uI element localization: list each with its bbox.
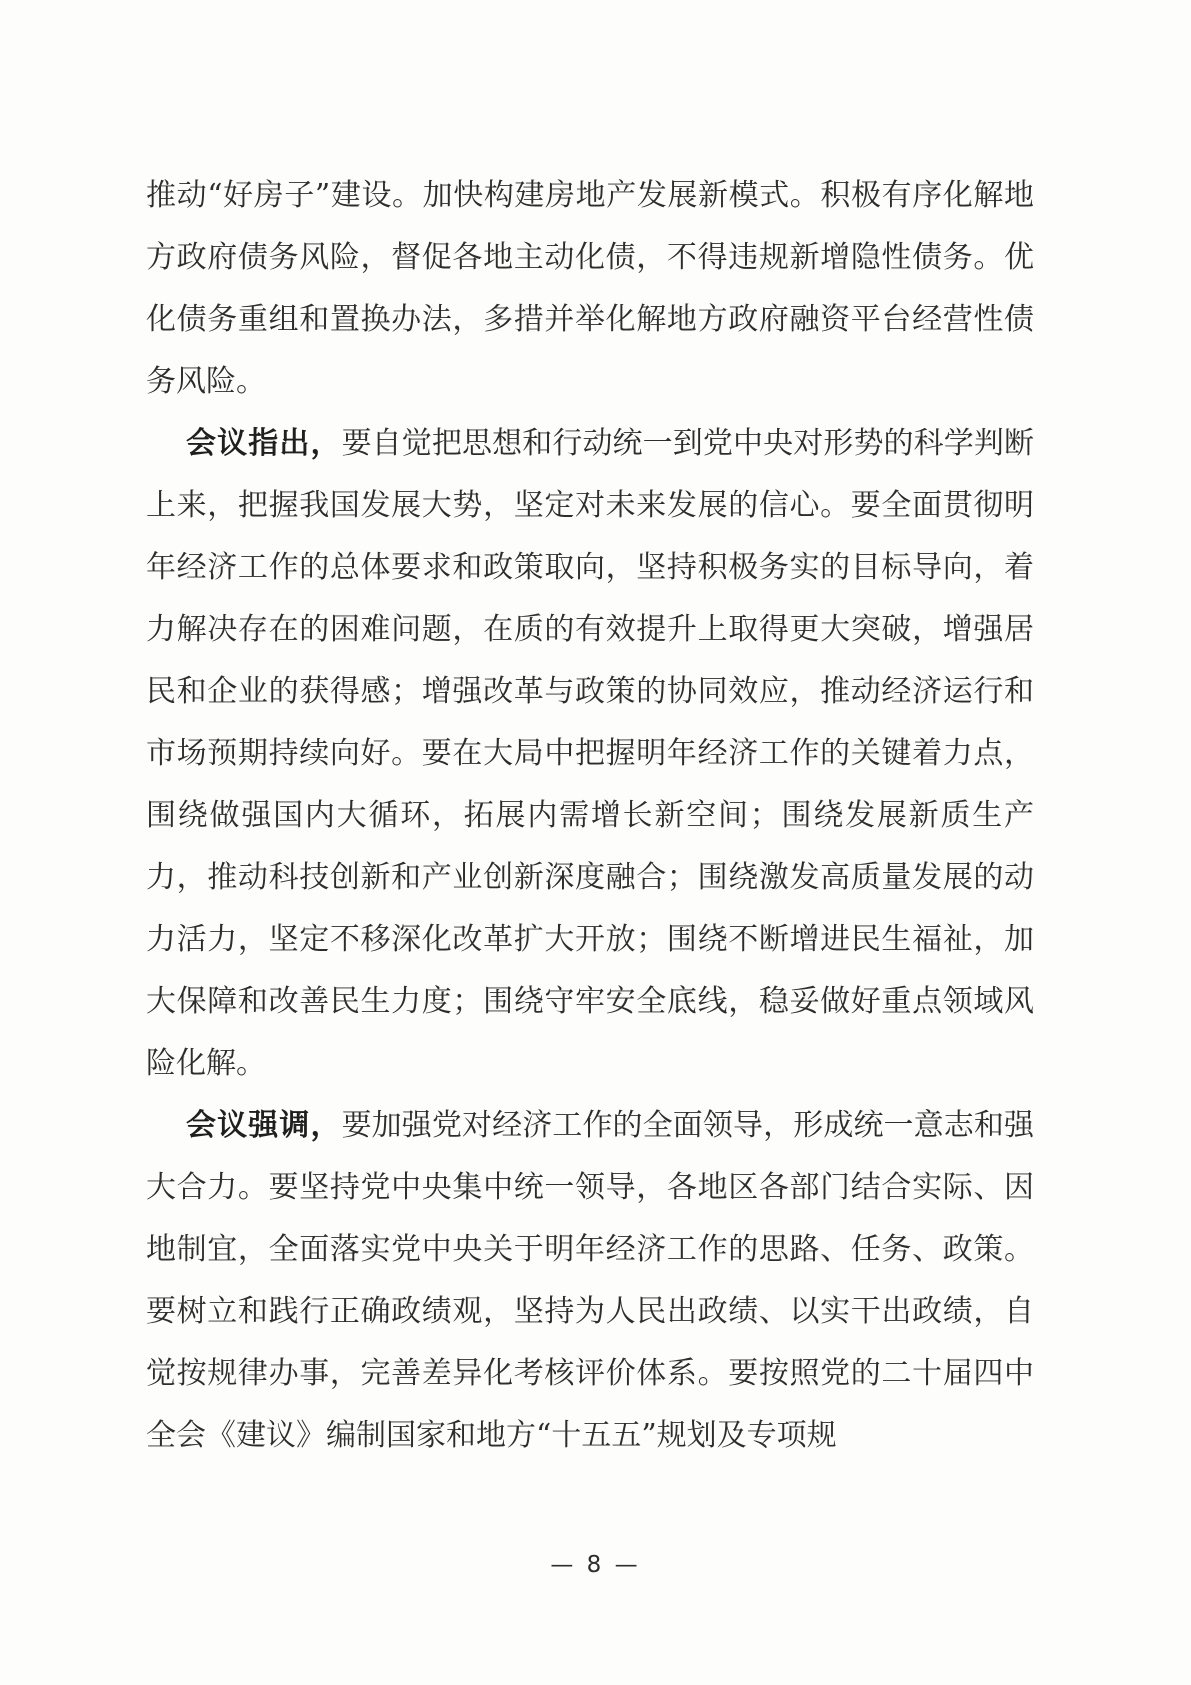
paragraph-text: 推动“好房子”建设。加快构建房地产发展新模式。积极有序化解地方政府债务风险，督促… [146, 178, 1034, 399]
paragraph-text: 要加强党对经济工作的全面领导，形成统一意志和强大合力。要坚持党中央集中统一领导，… [146, 1108, 1034, 1453]
paragraph-continuation: 推动“好房子”建设。加快构建房地产发展新模式。积极有序化解地方政府债务风险，督促… [146, 165, 1034, 413]
document-page: 推动“好房子”建设。加快构建房地产发展新模式。积极有序化解地方政府债务风险，督促… [0, 0, 1191, 1685]
paragraph-meeting-emphasized: 会议强调，要加强党对经济工作的全面领导，形成统一意志和强大合力。要坚持党中央集中… [146, 1095, 1034, 1467]
paragraph-meeting-pointed-out: 会议指出，要自觉把思想和行动统一到党中央对形势的科学判断上来，把握我国发展大势，… [146, 413, 1034, 1095]
page-number: — 8 — [0, 1552, 1191, 1578]
paragraph-text: 要自觉把思想和行动统一到党中央对形势的科学判断上来，把握我国发展大势，坚定对未来… [146, 426, 1034, 1081]
document-body: 推动“好房子”建设。加快构建房地产发展新模式。积极有序化解地方政府债务风险，督促… [146, 165, 1034, 1467]
paragraph-lead: 会议指出， [186, 426, 342, 461]
paragraph-lead: 会议强调， [186, 1108, 342, 1143]
